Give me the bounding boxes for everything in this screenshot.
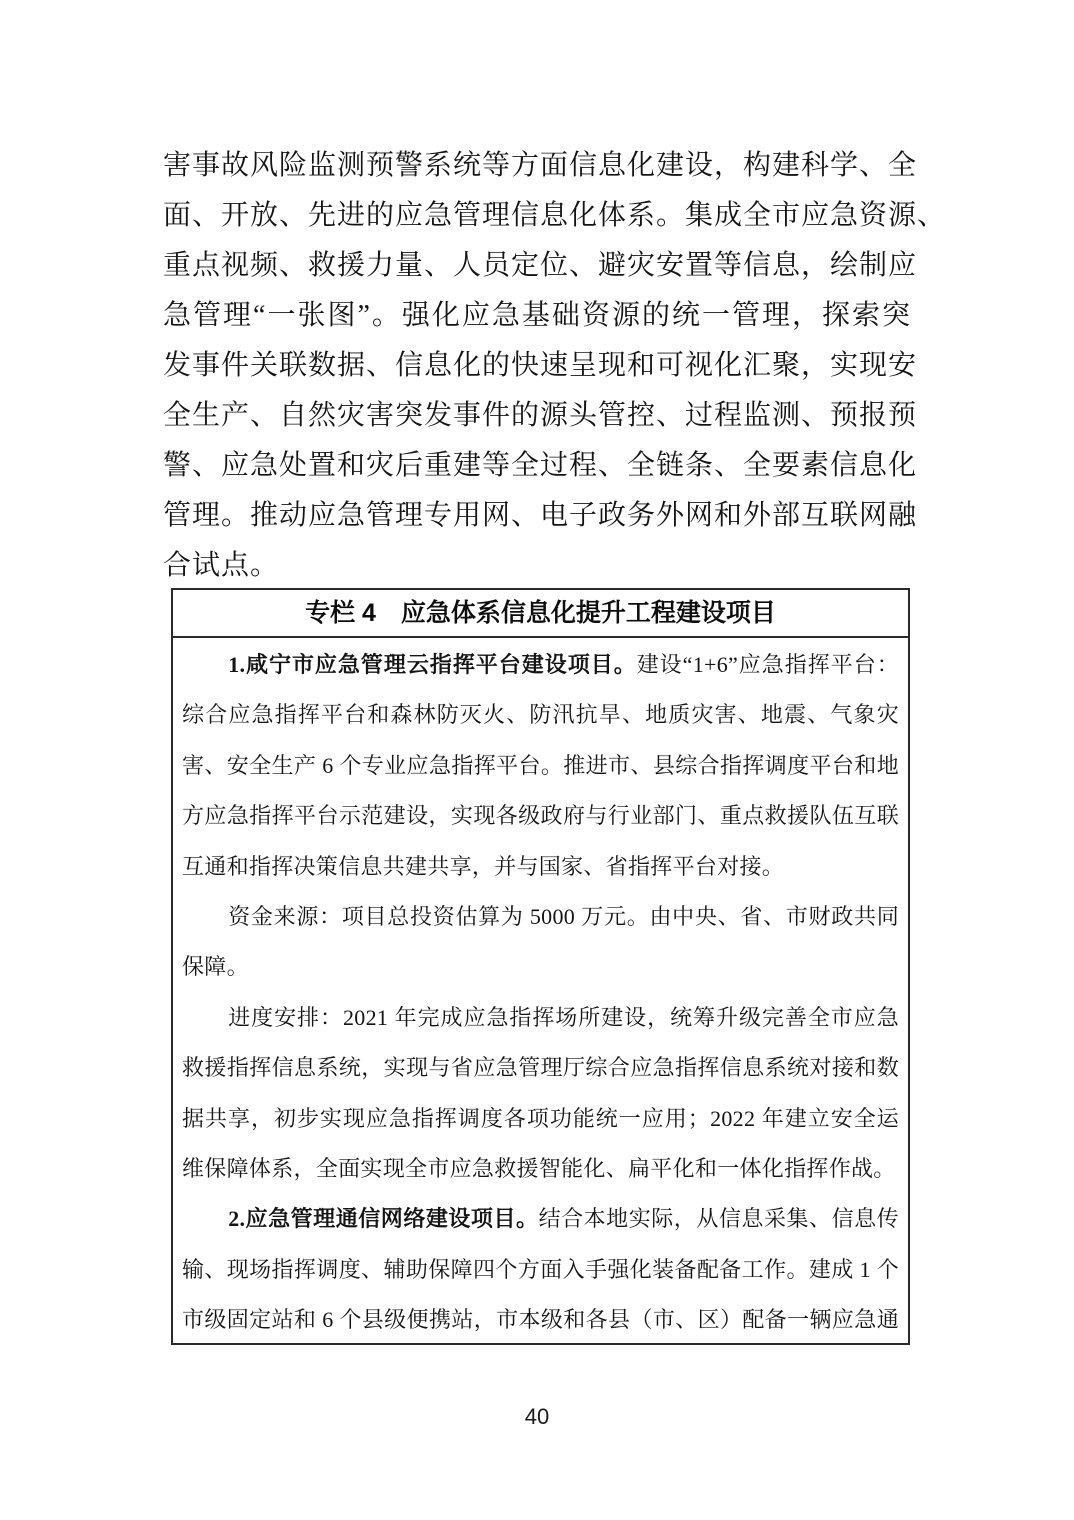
page-number: 40 — [0, 1404, 1074, 1430]
panel-paragraph-1: 1.咸宁市应急管理云指挥平台建设项目。建设“1+6”应急指挥平台：综合应急指挥平… — [182, 640, 899, 892]
body-line: 急管理“一张图”。强化应急基础资源的统一管理，探索突 — [163, 291, 911, 341]
body-line: 管理。推动应急管理专用网、电子政务外网和外部互联网融 — [163, 491, 911, 541]
body-line: 全生产、自然灾害突发事件的源头管控、过程监测、预报预 — [163, 391, 911, 441]
panel-paragraph-3: 进度安排：2021 年完成应急指挥场所建设，统筹升级完善全市应急救援指挥信息系统… — [182, 993, 899, 1195]
panel-paragraph-4: 2.应急管理通信网络建设项目。结合本地实际，从信息采集、信息传输、现场指挥调度、… — [182, 1194, 899, 1345]
body-paragraph: 害事故风险监测预警系统等方面信息化建设，构建科学、全 面、开放、先进的应急管理信… — [163, 141, 911, 591]
body-line: 发事件关联数据、信息化的快速呈现和可视化汇聚，实现安 — [163, 341, 911, 391]
body-line: 重点视频、救援力量、人员定位、避灾安置等信息，绘制应 — [163, 241, 911, 291]
body-line: 面、开放、先进的应急管理信息化体系。集成全市应急资源、 — [163, 191, 911, 241]
panel-paragraph-2-text: 资金来源：项目总投资估算为 5000 万元。由中央、省、市财政共同保障。 — [182, 904, 899, 979]
body-line: 警、应急处置和灾后重建等全过程、全链条、全要素信息化 — [163, 441, 911, 491]
body-line: 合试点。 — [163, 541, 911, 591]
body-line: 害事故风险监测预警系统等方面信息化建设，构建科学、全 — [163, 141, 911, 191]
panel-title: 专栏 4 应急体系信息化提升工程建设项目 — [173, 590, 908, 638]
panel-paragraph-2: 资金来源：项目总投资估算为 5000 万元。由中央、省、市财政共同保障。 — [182, 892, 899, 993]
panel-body: 1.咸宁市应急管理云指挥平台建设项目。建设“1+6”应急指挥平台：综合应急指挥平… — [173, 638, 908, 1345]
panel-paragraph-1-lead: 1.咸宁市应急管理云指挥平台建设项目。 — [228, 652, 637, 677]
panel-paragraph-4-lead: 2.应急管理通信网络建设项目。 — [228, 1206, 538, 1231]
column4-panel: 专栏 4 应急体系信息化提升工程建设项目 1.咸宁市应急管理云指挥平台建设项目。… — [171, 588, 910, 1345]
panel-paragraph-1-text: 建设“1+6”应急指挥平台：综合应急指挥平台和森林防灭火、防汛抗旱、地质灾害、地… — [182, 652, 899, 879]
panel-paragraph-3-text: 进度安排：2021 年完成应急指挥场所建设，统筹升级完善全市应急救援指挥信息系统… — [182, 1005, 899, 1181]
document-page: 害事故风险监测预警系统等方面信息化建设，构建科学、全 面、开放、先进的应急管理信… — [0, 0, 1074, 1520]
